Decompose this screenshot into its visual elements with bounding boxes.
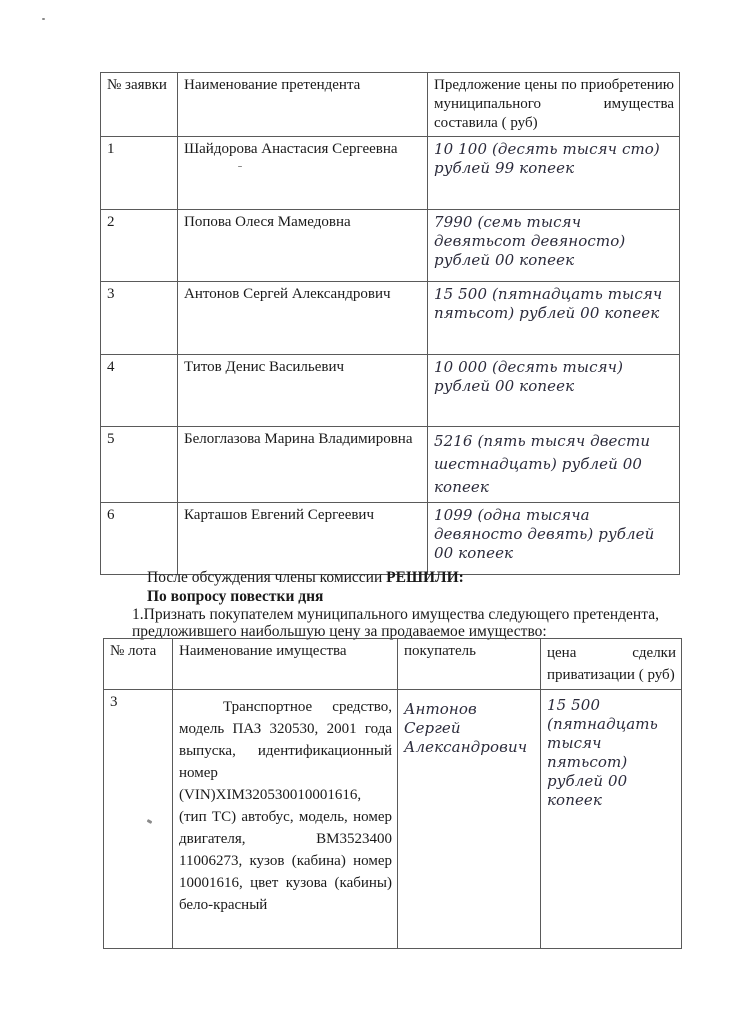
application-number: 6 — [101, 503, 178, 575]
decision-resolved: РЕШИЛИ: — [386, 569, 464, 586]
property-description: Транспортное средство, модель ПАЗ 320530… — [173, 690, 398, 949]
buyer-table: № лота Наименование имущества покупатель… — [103, 638, 682, 949]
lot-number: 3 — [104, 690, 173, 949]
table-row: 2 Попова Олеся Мамедовна 7990 (семь тыся… — [101, 210, 680, 282]
table-row: 5 Белоглазова Марина Владимировна 5216 (… — [101, 427, 680, 503]
table-row: 4 Титов Денис Васильевич 10 000 (десять … — [101, 355, 680, 427]
buyer-name-handwritten: Антонов Сергей Александрович — [398, 690, 541, 949]
header-applicant-name: Наименование претендента — [178, 73, 428, 137]
applicant-name: Антонов Сергей Александрович — [178, 282, 428, 355]
header-application-number: № заявки — [101, 73, 178, 137]
price-offer-handwritten: 10 100 (десять тысяч сто) рублей 99 копе… — [428, 137, 680, 210]
application-number: 4 — [101, 355, 178, 427]
application-number: 1 — [101, 137, 178, 210]
agenda-heading: По вопросу повестки дня — [147, 587, 323, 606]
price-offer-handwritten: 10 000 (десять тысяч) рублей 00 копеек — [428, 355, 680, 427]
applicant-name: Карташов Евгений Сергеевич — [178, 503, 428, 575]
applicant-name: Белоглазова Марина Владимировна — [178, 427, 428, 503]
table-row: 3 Транспортное средство, модель ПАЗ 3205… — [104, 690, 682, 949]
scan-speck — [42, 18, 45, 20]
decision-intro: После обсуждения члены комиссии РЕШИЛИ: — [147, 568, 464, 587]
header-buyer: покупатель — [398, 639, 541, 690]
applicant-name: Титов Денис Васильевич — [178, 355, 428, 427]
header-price-offer: Предложение цены по приобретению муницип… — [428, 73, 680, 137]
application-number: 2 — [101, 210, 178, 282]
decision-intro-text: После обсуждения члены комиссии — [147, 569, 386, 586]
buyer-table-header: № лота Наименование имущества покупатель… — [104, 639, 682, 690]
table-row: 1 Шайдорова Анастасия Сергеевна 10 100 (… — [101, 137, 680, 210]
applicants-table-header: № заявки Наименование претендента Предло… — [101, 73, 680, 137]
price-handwritten: 15 500 (пятнадцать тысяч пятьсот) рублей… — [541, 690, 682, 949]
application-number: 3 — [101, 282, 178, 355]
table-row: 3 Антонов Сергей Александрович 15 500 (п… — [101, 282, 680, 355]
application-number: 5 — [101, 427, 178, 503]
price-offer-handwritten: 7990 (семь тысяч девятьсот девяносто) ру… — [428, 210, 680, 282]
header-privatization-price: цена сделки приватизации ( руб) — [541, 639, 682, 690]
header-property-name: Наименование имущества — [173, 639, 398, 690]
price-offer-handwritten: 15 500 (пятнадцать тысяч пятьсот) рублей… — [428, 282, 680, 355]
header-lot-number: № лота — [104, 639, 173, 690]
applicants-table: № заявки Наименование претендента Предло… — [100, 72, 680, 575]
applicant-name: Попова Олеся Мамедовна — [178, 210, 428, 282]
table-row: 6 Карташов Евгений Сергеевич 1099 (одна … — [101, 503, 680, 575]
price-offer-handwritten: 1099 (одна тысяча девяносто девять) рубл… — [428, 503, 680, 575]
price-offer-handwritten: 5216 (пять тысяч двести шестнадцать) руб… — [428, 427, 680, 503]
applicant-name: Шайдорова Анастасия Сергеевна — [178, 137, 428, 210]
